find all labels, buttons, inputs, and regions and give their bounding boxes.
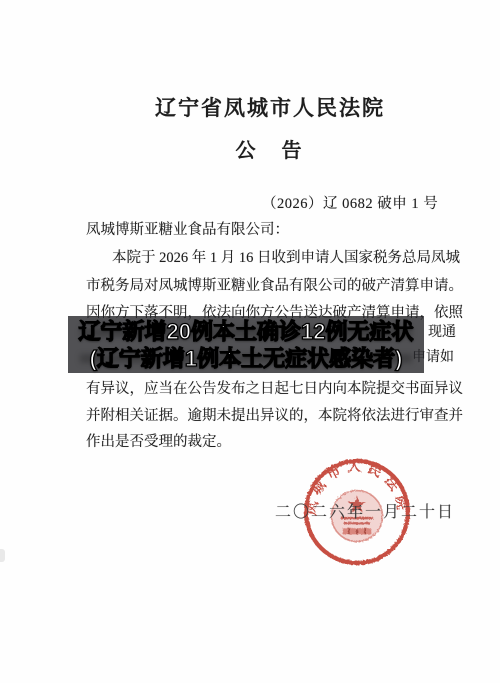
notice-title: 公 告 bbox=[70, 134, 470, 163]
body-line: 市税务局对凤城博斯亚糖业食品有限公司的破产清算申请。 bbox=[86, 274, 463, 295]
news-article-image: 辽宁省凤城市人民法院 公 告 （2026）辽 0682 破申 1 号 凤城博斯亚… bbox=[0, 0, 500, 683]
recipient-line: 凤城博斯亚糖业食品有限公司： bbox=[86, 218, 289, 239]
case-number: （2026）辽 0682 破申 1 号 bbox=[262, 192, 438, 213]
body-line: 并附相关证据。逾期未提出异议的，本院将依法进行审查并 bbox=[86, 404, 463, 425]
headline-overlay-band: 辽宁新增20例本土确诊12例无症状 (辽宁新增1例本土无症状感染者) bbox=[68, 316, 424, 373]
body-line: 有异议，应当在公告发布之日起七日内向本院提交书面异议 bbox=[86, 377, 463, 398]
scan-artifact bbox=[0, 549, 5, 562]
headline-line-2: (辽宁新增1例本土无症状感染者) bbox=[90, 345, 403, 372]
court-name: 辽宁省凤城市人民法院 bbox=[70, 92, 470, 122]
body-line: 作出是否受理的裁定。 bbox=[86, 430, 231, 451]
obscured-line-fragment: 现通 bbox=[428, 321, 456, 341]
headline-line-1: 辽宁新增20例本土确诊12例无症状 bbox=[79, 318, 414, 345]
body-line: 本院于 2026 年 1 月 16 日收到申请人国家税务总局凤城 bbox=[112, 246, 460, 267]
notice-date: 二〇二六年一月二十日 bbox=[275, 499, 455, 522]
